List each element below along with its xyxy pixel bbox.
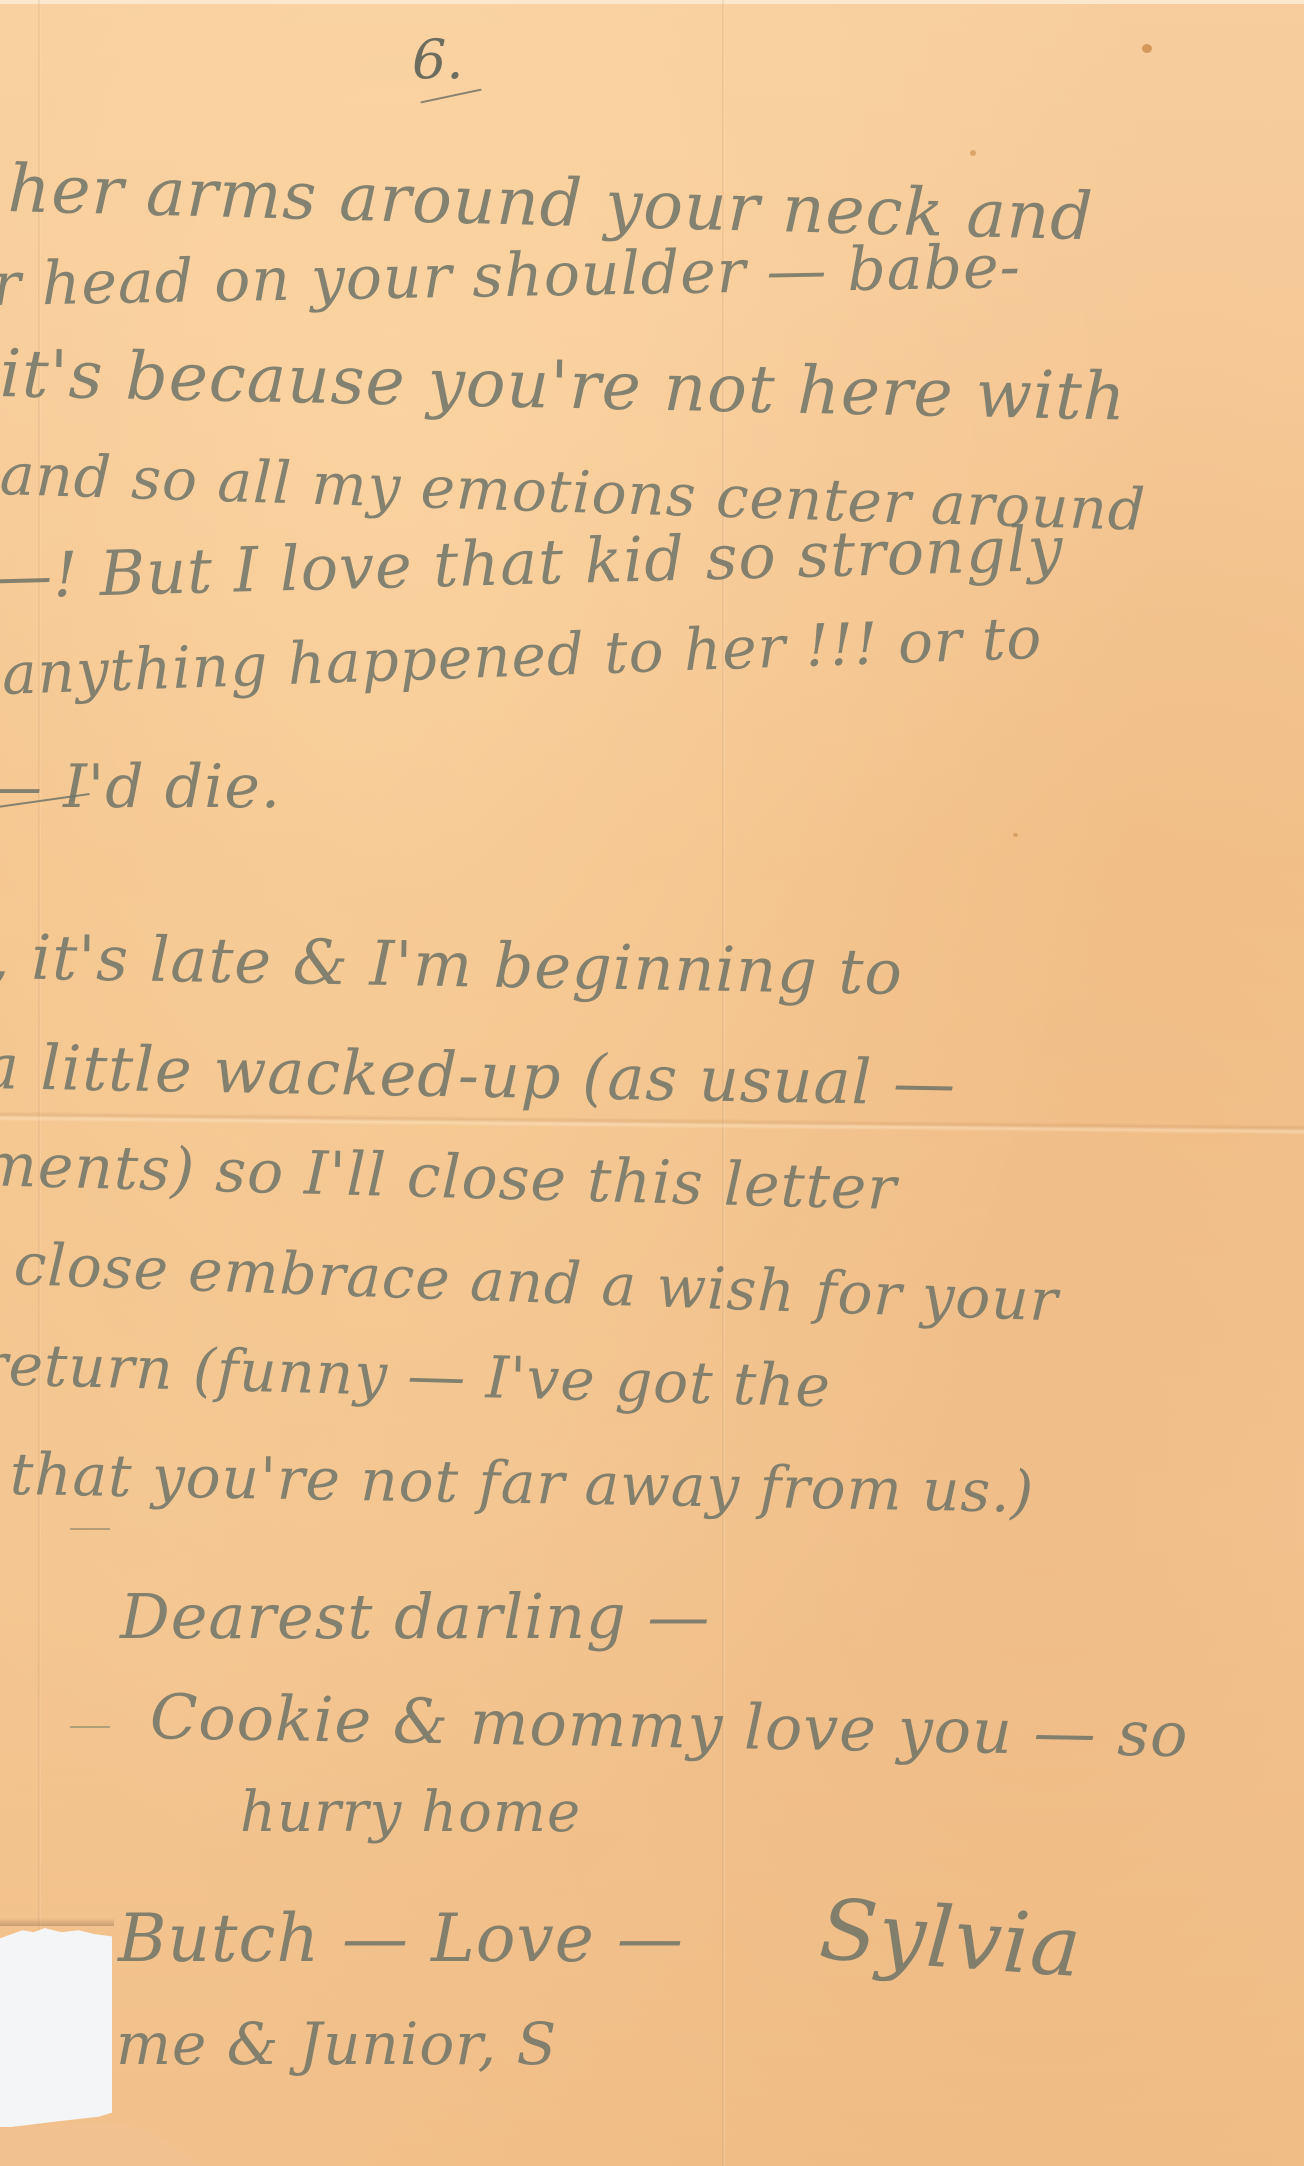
letter-line: anything happened to her !!! or to (1, 604, 1044, 708)
tear-edge-shadow (0, 1918, 114, 1926)
page-number: 6. (412, 28, 464, 91)
letter-line: , it's late & I'm beginning to (0, 920, 903, 1009)
stain-spot (970, 150, 976, 156)
stain-spot (1013, 833, 1018, 837)
margin-dash (70, 1726, 110, 1728)
paper-top-edge (0, 0, 1304, 4)
letter-line: Butch — Love — (118, 1900, 684, 1977)
letter-line: me & Junior, S (116, 2010, 557, 2078)
letter-line: — I'd die. (0, 752, 281, 822)
fold-crease-horizontal (0, 1111, 1304, 1135)
letter-line: Dearest darling — (120, 1580, 710, 1653)
letter-line: ments) so I'll close this letter (0, 1130, 898, 1224)
letter-line: that you're not far away from us.) (9, 1440, 1034, 1526)
letter-line: r head on your shoulder — babe- (0, 232, 1021, 320)
letter-line: it's because you're not here with (0, 335, 1127, 436)
letter-line: hurry home (240, 1780, 581, 1845)
margin-dash (70, 1528, 110, 1530)
stain-spot (1142, 44, 1152, 53)
torn-hole (0, 1922, 112, 2127)
torn-paper-fragment (0, 2120, 200, 2166)
signature: Sylvia (817, 1880, 1085, 1996)
letter-page: 6. her arms around your neck and r head … (0, 0, 1304, 2166)
letter-line: —! But I love that kid so strongly (0, 512, 1064, 613)
letter-line: Cookie & mommy love you — so (149, 1680, 1189, 1771)
letter-line: close embrace and a wish for your (13, 1230, 1060, 1334)
letter-line: a little wacked-up (as usual — (0, 1030, 957, 1120)
letter-line: return (funny — I've got the (0, 1330, 832, 1420)
